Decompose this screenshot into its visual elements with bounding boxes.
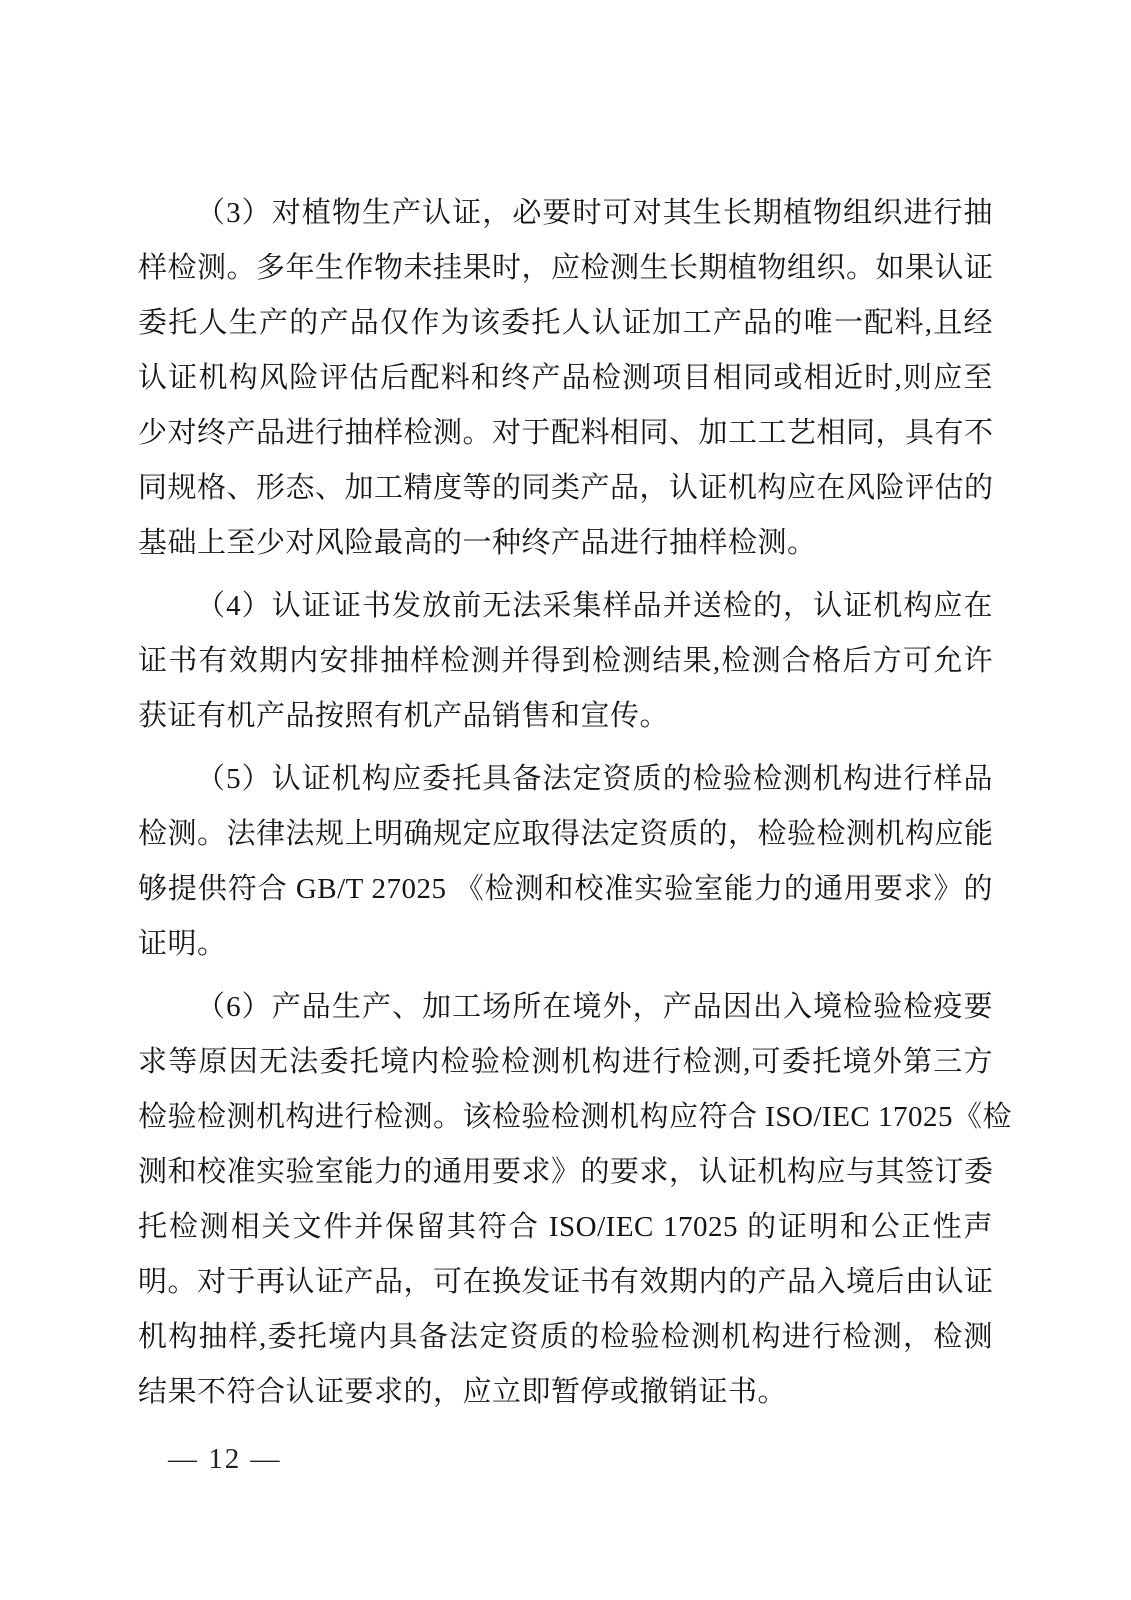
text-line: 机构抽样,委托境内具备法定资质的检验检测机构进行检测，检测 <box>138 1310 993 1365</box>
text-line: 测和校准实验室能力的通用要求》的要求，认证机构应与其签订委 <box>138 1145 993 1200</box>
text-line: 基础上至少对风险最高的一种终产品进行抽样检测。 <box>138 516 993 571</box>
text-line: 结果不符合认证要求的，应立即暂停或撤销证书。 <box>138 1365 993 1420</box>
page-number: — 12 — <box>138 1432 282 1487</box>
text-line: 证明。 <box>138 917 993 972</box>
text-line: 认证机构风险评估后配料和终产品检测项目相同或相近时,则应至 <box>138 351 993 406</box>
para-4: （4）认证证书发放前无法采集样品并送检的，认证机构应在证书有效期内安排抽样检测并… <box>138 579 993 744</box>
text-line: （6）产品生产、加工场所在境外，产品因出入境检验检疫要 <box>138 980 993 1035</box>
document-body: （3）对植物生产认证，必要时可对其生长期植物组织进行抽样检测。多年生作物未挂果时… <box>138 186 993 1420</box>
page-footer: — 12 — <box>138 1432 993 1487</box>
text-line: 求等原因无法委托境内检验检测机构进行检测,可委托境外第三方 <box>138 1035 993 1090</box>
text-line: 委托人生产的产品仅作为该委托人认证加工产品的唯一配料,且经 <box>138 296 993 351</box>
para-6: （6）产品生产、加工场所在境外，产品因出入境检验检疫要求等原因无法委托境内检验检… <box>138 980 993 1420</box>
text-line: 检测。法律法规上明确规定应取得法定资质的，检验检测机构应能 <box>138 807 993 862</box>
text-line: 获证有机产品按照有机产品销售和宣传。 <box>138 689 993 744</box>
text-line: （3）对植物生产认证，必要时可对其生长期植物组织进行抽 <box>138 186 993 241</box>
text-line: 明。对于再认证产品，可在换发证书有效期内的产品入境后由认证 <box>138 1255 993 1310</box>
text-line: 托检测相关文件并保留其符合 ISO/IEC 17025 的证明和公正性声 <box>138 1200 993 1255</box>
para-3: （3）对植物生产认证，必要时可对其生长期植物组织进行抽样检测。多年生作物未挂果时… <box>138 186 993 571</box>
text-line: （4）认证证书发放前无法采集样品并送检的，认证机构应在 <box>138 579 993 634</box>
text-line: 够提供符合 GB/T 27025 《检测和校准实验室能力的通用要求》的 <box>138 862 993 917</box>
text-line: 证书有效期内安排抽样检测并得到检测结果,检测合格后方可允许 <box>138 634 993 689</box>
text-line: 少对终产品进行抽样检测。对于配料相同、加工工艺相同，具有不 <box>138 406 993 461</box>
text-line: 样检测。多年生作物未挂果时，应检测生长期植物组织。如果认证 <box>138 241 993 296</box>
para-5: （5）认证机构应委托具备法定资质的检验检测机构进行样品检测。法律法规上明确规定应… <box>138 752 993 972</box>
text-line: 检验检测机构进行检测。该检验检测机构应符合 ISO/IEC 17025《检 <box>138 1090 993 1145</box>
text-line: （5）认证机构应委托具备法定资质的检验检测机构进行样品 <box>138 752 993 807</box>
text-line: 同规格、形态、加工精度等的同类产品，认证机构应在风险评估的 <box>138 461 993 516</box>
document-page: （3）对植物生产认证，必要时可对其生长期植物组织进行抽样检测。多年生作物未挂果时… <box>0 0 1131 1600</box>
